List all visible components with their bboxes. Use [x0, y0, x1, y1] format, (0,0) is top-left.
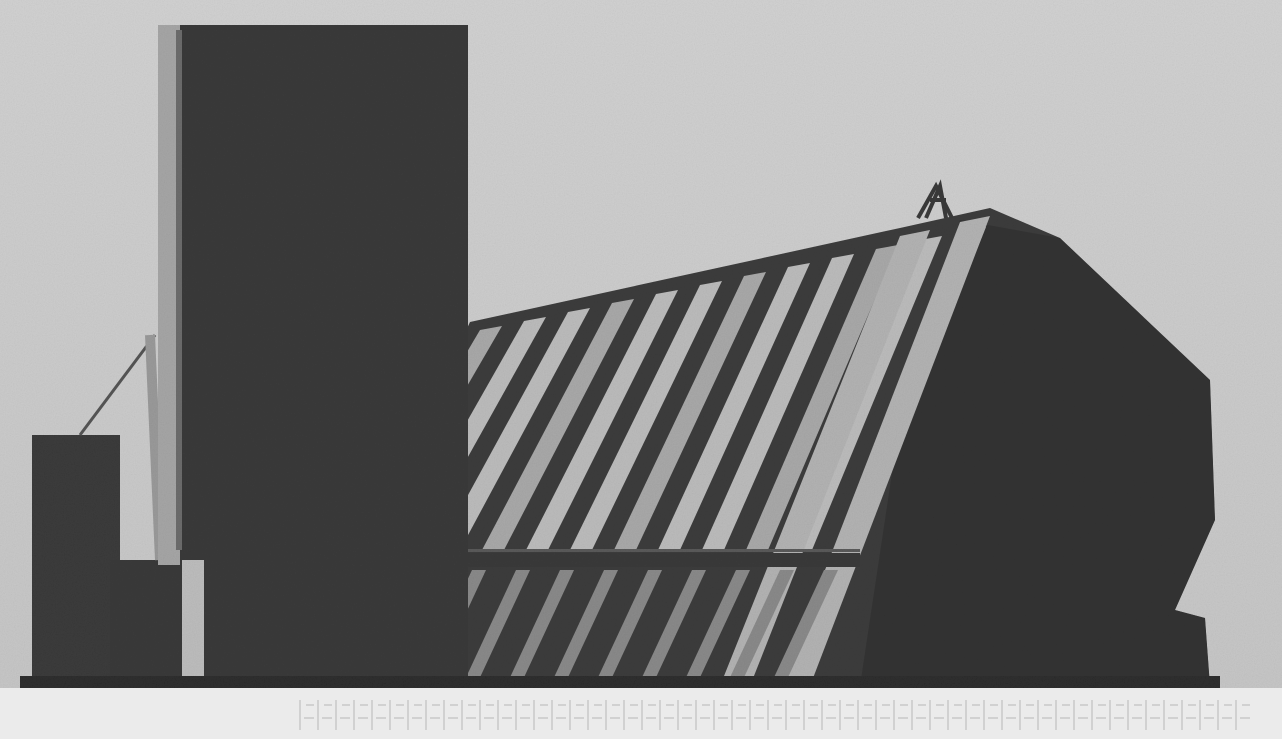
- ground: [20, 676, 1220, 688]
- small-block: [32, 435, 120, 685]
- tower: [158, 25, 468, 686]
- photograph: [0, 0, 1282, 739]
